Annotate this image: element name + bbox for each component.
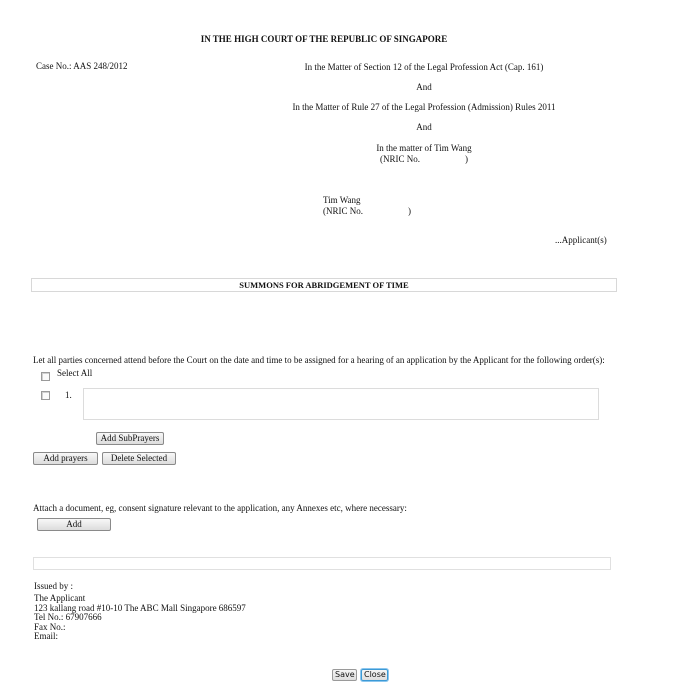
add-subprayers-button[interactable]: Add SubPrayers xyxy=(96,432,164,445)
prayer-1-number: 1. xyxy=(65,390,72,400)
prayers-intro: Let all parties concerned attend before … xyxy=(33,355,605,365)
matter-and-2: And xyxy=(250,122,598,132)
applicant-nric: (NRIC No. ) xyxy=(323,206,411,217)
issuer-tel: Tel No.: 67907666 xyxy=(34,613,246,623)
issuer-email: Email: xyxy=(34,632,246,642)
applicant-name: Tim Wang xyxy=(323,195,411,206)
attachment-list xyxy=(33,557,611,570)
matter-person-name: In the matter of Tim Wang xyxy=(250,143,598,154)
prayer-1-checkbox[interactable] xyxy=(41,391,50,400)
select-all-label: Select All xyxy=(57,368,92,378)
court-title: IN THE HIGH COURT OF THE REPUBLIC OF SIN… xyxy=(0,34,648,44)
add-attachment-button[interactable]: Add xyxy=(37,518,111,531)
applicant-suffix: ...Applicant(s) xyxy=(555,235,607,245)
issued-by-label: Issued by : xyxy=(34,581,73,591)
matter-and-1: And xyxy=(250,82,598,92)
delete-selected-button[interactable]: Delete Selected xyxy=(102,452,176,465)
case-number: Case No.: AAS 248/2012 xyxy=(36,61,128,71)
save-button[interactable]: Save xyxy=(332,669,357,681)
matter-section-12: In the Matter of Section 12 of the Legal… xyxy=(250,62,598,72)
prayer-1-textarea[interactable] xyxy=(83,388,599,420)
select-all-checkbox[interactable] xyxy=(41,372,50,381)
issuer-fax: Fax No.: xyxy=(34,623,246,633)
matter-of-person: In the matter of Tim Wang (NRIC No. ) xyxy=(250,143,598,165)
issuer-details: The Applicant 123 kallang road #10-10 Th… xyxy=(34,594,246,642)
matter-person-nric: (NRIC No. ) xyxy=(250,154,598,165)
add-prayers-button[interactable]: Add prayers xyxy=(33,452,98,465)
attach-instruction: Attach a document, eg, consent signature… xyxy=(33,503,407,513)
summons-title: SUMMONS FOR ABRIDGEMENT OF TIME xyxy=(31,278,617,292)
matter-rule-27: In the Matter of Rule 27 of the Legal Pr… xyxy=(250,102,598,112)
close-button[interactable]: Close xyxy=(361,669,388,681)
applicant-block: Tim Wang (NRIC No. ) xyxy=(323,195,411,217)
